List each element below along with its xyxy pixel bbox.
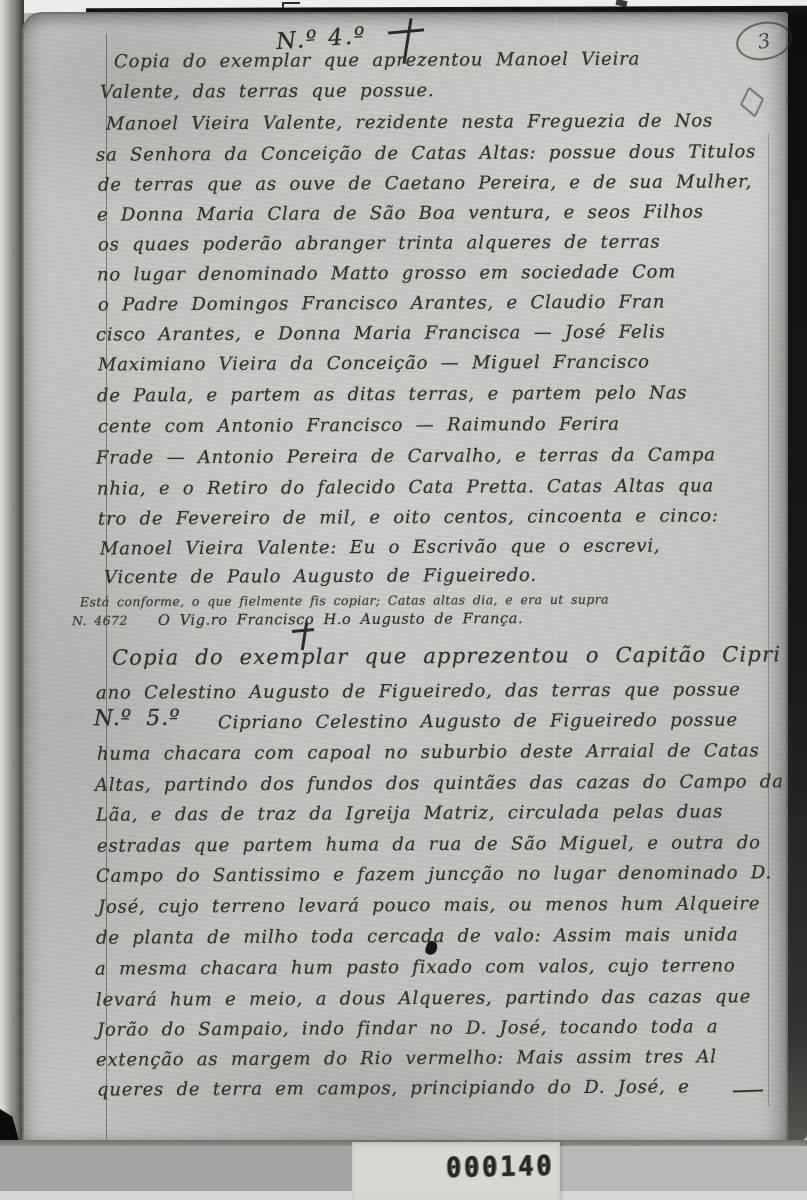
- manuscript-line: cisco Arantes, e Donna Maria Francisca —…: [96, 322, 666, 346]
- manuscript-line: sa Senhora da Conceição de Catas Altas: …: [96, 141, 756, 165]
- manuscript-line: levará hum e meio, a dous Alqueres, part…: [96, 986, 751, 1010]
- manuscript-line: os quaes poderão abranger trinta alquere…: [98, 232, 661, 256]
- manuscript-line: Maximiano Vieira da Conceição — Miguel F…: [98, 352, 650, 376]
- manuscript-line: queres de terra em campos, principiando …: [97, 1076, 690, 1100]
- manuscript-line: de planta de milho toda cercada de valo:…: [96, 924, 739, 948]
- manuscript-line: Valente, das terras que possue.: [100, 80, 435, 103]
- section-number-heading: N.º 5.º: [94, 706, 181, 731]
- manuscript-line: Copia do exemplar que aprezentou Manoel …: [114, 49, 640, 73]
- book-binding-edge: [0, 0, 24, 1200]
- manuscript-line: de Paula, e partem as ditas terras, e pa…: [97, 382, 687, 406]
- manuscript-line: Cipriano Celestino Augusto de Figueiredo…: [218, 710, 738, 734]
- manuscript-line: extenção as margem do Rio vermelho: Mais…: [96, 1046, 717, 1070]
- manuscript-line: José, cujo terreno levará pouco mais, ou…: [98, 893, 760, 917]
- manuscript-line: estradas que partem huma da rua de São M…: [97, 832, 761, 856]
- manuscript-line: nhia, e o Retiro do falecido Cata Pretta…: [97, 475, 714, 499]
- manuscript-line: e Donna Maria Clara de São Boa ventura, …: [97, 201, 704, 225]
- manuscript-line: huma chacara com capoal no suburbio dest…: [97, 740, 760, 764]
- manuscript-line: a mesma chacara hum pasto fixado com val…: [95, 955, 736, 979]
- manuscript-line: Manoel Vieira Valente: Eu o Escrivão que…: [100, 536, 661, 560]
- manuscript-line: Manoel Vieira Valente, rezidente nesta F…: [106, 110, 713, 134]
- manuscript-heading-line: Copia do exemplar que apprezentou o Capi…: [112, 642, 781, 670]
- manuscript-line: o Padre Domingos Francisco Arantes, e Cl…: [98, 292, 665, 316]
- right-margin-rule: [768, 134, 769, 1106]
- manuscript-scan: N.º 4.º 3 Copia do exemplar que aprezent…: [0, 0, 807, 1200]
- manuscript-line: Jorão do Sampaio, indo findar no D. José…: [97, 1016, 718, 1040]
- certification-statement: Está conforme, o que fielmente fis copia…: [80, 592, 609, 610]
- manuscript-line: Frade — Antonio Pereira de Carvalho, e t…: [96, 444, 716, 468]
- certification-reference: N. 4672: [72, 613, 128, 628]
- manuscript-line: Vicente de Paulo Augusto de Figueiredo.: [104, 565, 537, 588]
- manuscript-line: tro de Fevereiro de mil, e oito centos, …: [98, 505, 719, 529]
- manuscript-line: Lãa, e das de traz da Igreija Matriz, ci…: [96, 801, 723, 825]
- manuscript-line: Campo do Santissimo e fazem juncção no l…: [96, 862, 772, 887]
- manuscript-line: cente com Antonio Francisco — Raimundo F…: [98, 414, 620, 438]
- page-number: 3: [756, 28, 773, 54]
- manuscript-line: Altas, partindo dos fundos dos quintães …: [95, 771, 784, 796]
- manuscript-line: de terras que as ouve de Caetano Pereira…: [98, 171, 752, 195]
- vicar-signature: O Vig.ro Francisco H.o Augusto de França…: [158, 611, 523, 629]
- manuscript-heading-line: ano Celestino Augusto de Figueiredo, das…: [96, 679, 741, 703]
- manuscript-line: no lugar denominado Matto grosso em soci…: [97, 261, 676, 285]
- archival-stamp-number: 000140: [446, 1149, 555, 1184]
